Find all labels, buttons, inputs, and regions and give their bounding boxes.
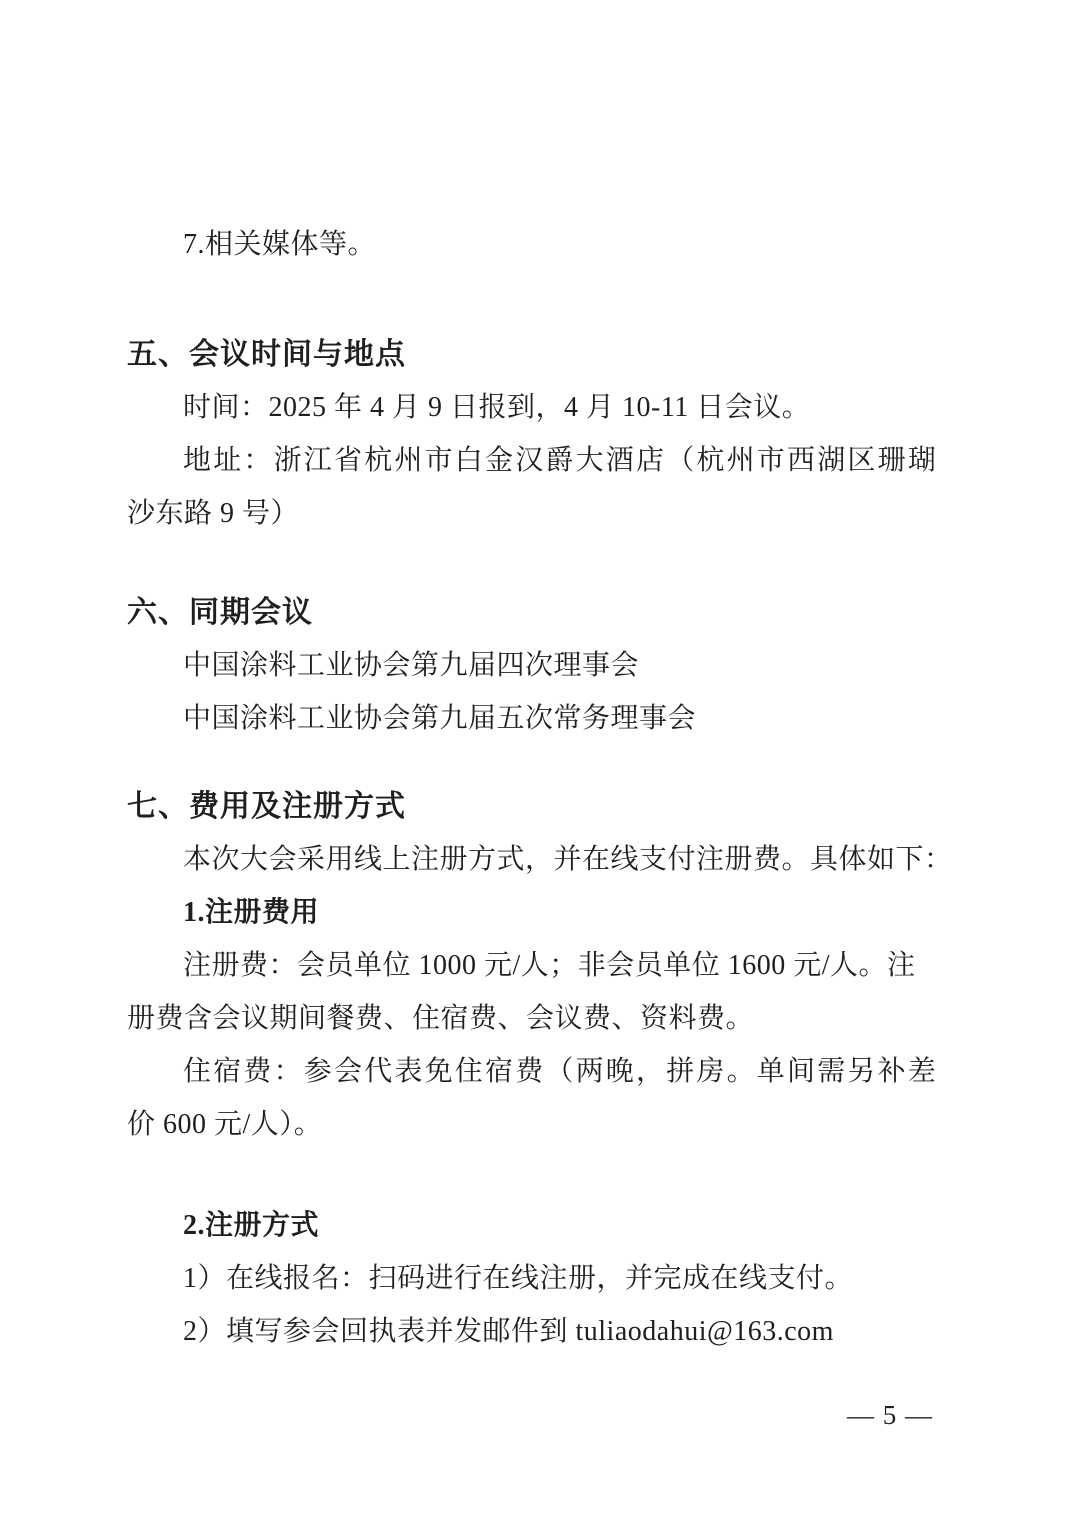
line-registration-fee-2: 册费含会议期间餐费、住宿费、会议费、资料费。 [127, 992, 949, 1045]
line-meeting-address-1: 地址：浙江省杭州市白金汉爵大酒店（杭州市西湖区珊瑚 [127, 434, 949, 487]
heading-section-5-time-location: 五、会议时间与地点 [127, 328, 949, 381]
document-page: 7.相关媒体等。 五、会议时间与地点 时间：2025 年 4 月 9 日报到，4… [0, 0, 1080, 1527]
line-meeting-time: 时间：2025 年 4 月 9 日报到，4 月 10-11 日会议。 [127, 381, 949, 434]
heading-section-6-concurrent: 六、同期会议 [127, 586, 949, 639]
page-number: — 5 — [127, 1389, 933, 1442]
list-item-related-media: 7.相关媒体等。 [127, 218, 949, 271]
line-concurrent-meeting-1: 中国涂料工业协会第九届四次理事会 [127, 639, 949, 692]
line-concurrent-meeting-2: 中国涂料工业协会第九届五次常务理事会 [127, 692, 949, 745]
line-registration-intro: 本次大会采用线上注册方式，并在线支付注册费。具体如下： [127, 833, 949, 886]
line-meeting-address-2: 沙东路 9 号） [127, 487, 949, 540]
line-accommodation-fee-1: 住宿费：参会代表免住宿费（两晚，拼房。单间需另补差 [127, 1045, 949, 1098]
subheading-registration-fee: 1.注册费用 [127, 886, 949, 939]
heading-section-7-fees: 七、费用及注册方式 [127, 780, 949, 833]
line-method-online-signup: 1）在线报名：扫码进行在线注册，并完成在线支付。 [127, 1252, 949, 1305]
line-method-email-reply: 2）填写参会回执表并发邮件到 tuliaodahui@163.com [127, 1305, 949, 1358]
line-accommodation-fee-2: 价 600 元/人）。 [127, 1098, 949, 1151]
subheading-registration-method: 2.注册方式 [127, 1199, 949, 1252]
line-registration-fee-1: 注册费：会员单位 1000 元/人；非会员单位 1600 元/人。注 [127, 939, 949, 992]
